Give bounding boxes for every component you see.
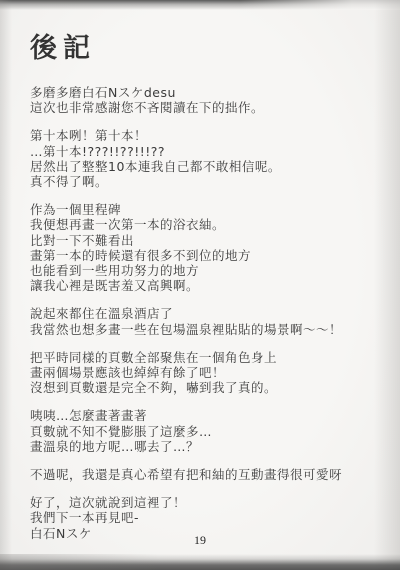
text-line: …第十本!???!!??!!!??	[30, 144, 384, 159]
scan-shadow-bottom	[0, 554, 400, 570]
text-line: 第十本咧！第十本！	[30, 128, 384, 143]
text-line: 我便想再畫一次第一本的浴衣紬。	[30, 217, 384, 232]
paragraph-hope-cute: 不過呢，我還是真心希望有把和紬的互動畫得很可愛呀	[30, 467, 384, 482]
scan-shadow-top	[0, 0, 400, 10]
scanned-afterword-page: 後記 多磨多磨白石Nスケdesu 這次也非常感謝您不吝閱讀在下的拙作。 第十本咧…	[0, 0, 400, 570]
text-line: 把平時同樣的頁數全部聚焦在一個角色身上	[30, 350, 384, 365]
paragraph-greeting: 多磨多磨白石Nスケdesu 這次也非常感謝您不吝閱讀在下的拙作。	[30, 85, 384, 115]
text-line: 讓我心裡是既害羞又高興啊。	[30, 278, 384, 293]
text-line: 也能看到一些用功努力的地方	[30, 263, 384, 278]
text-line: 好了，這次就說到這裡了！	[30, 495, 384, 510]
paragraph-onsen-hotel: 說起來都住在溫泉酒店了 我當然也想多畫一些在包場溫泉裡貼貼的場景啊～～！	[30, 306, 384, 336]
text-line: 畫第一本的時候還有很多不到位的地方	[30, 248, 384, 263]
afterword-content: 後記 多磨多磨白石Nスケdesu 這次也非常感謝您不吝閱讀在下的拙作。 第十本咧…	[30, 26, 384, 554]
paragraph-tenth-book: 第十本咧！第十本！ …第十本!???!!??!!!?? 居然出了整整10本連我自…	[30, 128, 384, 189]
text-line: 多磨多磨白石Nスケdesu	[30, 85, 384, 100]
text-line: 我當然也想多畫一些在包場溫泉裡貼貼的場景啊～～！	[30, 322, 384, 337]
text-line: 咦咦…怎麼畫著畫著	[30, 408, 384, 423]
paragraph-pages-swelled: 咦咦…怎麼畫著畫著 頁數就不知不覺膨脹了這麼多… 畫溫泉的地方呢…哪去了…？	[30, 408, 384, 454]
text-line: 頁數就不知不覺膨脹了這麼多…	[30, 424, 384, 439]
text-line: 居然出了整整10本連我自己都不敢相信呢。	[30, 159, 384, 174]
scan-shadow-left	[0, 0, 12, 570]
text-line: 真不得了啊。	[30, 174, 384, 189]
text-line: 沒想到頁數還是完全不夠，嚇到我了真的。	[30, 380, 384, 395]
text-line: 這次也非常感謝您不吝閱讀在下的拙作。	[30, 100, 384, 115]
text-line: 說起來都住在溫泉酒店了	[30, 306, 384, 321]
text-line: 不過呢，我還是真心希望有把和紬的互動畫得很可愛呀	[30, 467, 384, 482]
afterword-title: 後記	[30, 26, 384, 65]
text-line: 作為一個里程碑	[30, 202, 384, 217]
text-line: 畫溫泉的地方呢…哪去了…？	[30, 439, 384, 454]
page-number: 19	[0, 533, 400, 548]
text-line: 我們下一本再見吧-	[30, 510, 384, 525]
text-line: 畫兩個場景應該也綽綽有餘了吧！	[30, 365, 384, 380]
paragraph-milestone: 作為一個里程碑 我便想再畫一次第一本的浴衣紬。 比對一下不難看出 畫第一本的時候…	[30, 202, 384, 293]
paragraph-page-count: 把平時同樣的頁數全部聚焦在一個角色身上 畫兩個場景應該也綽綽有餘了吧！ 沒想到頁…	[30, 350, 384, 396]
text-line: 比對一下不難看出	[30, 233, 384, 248]
